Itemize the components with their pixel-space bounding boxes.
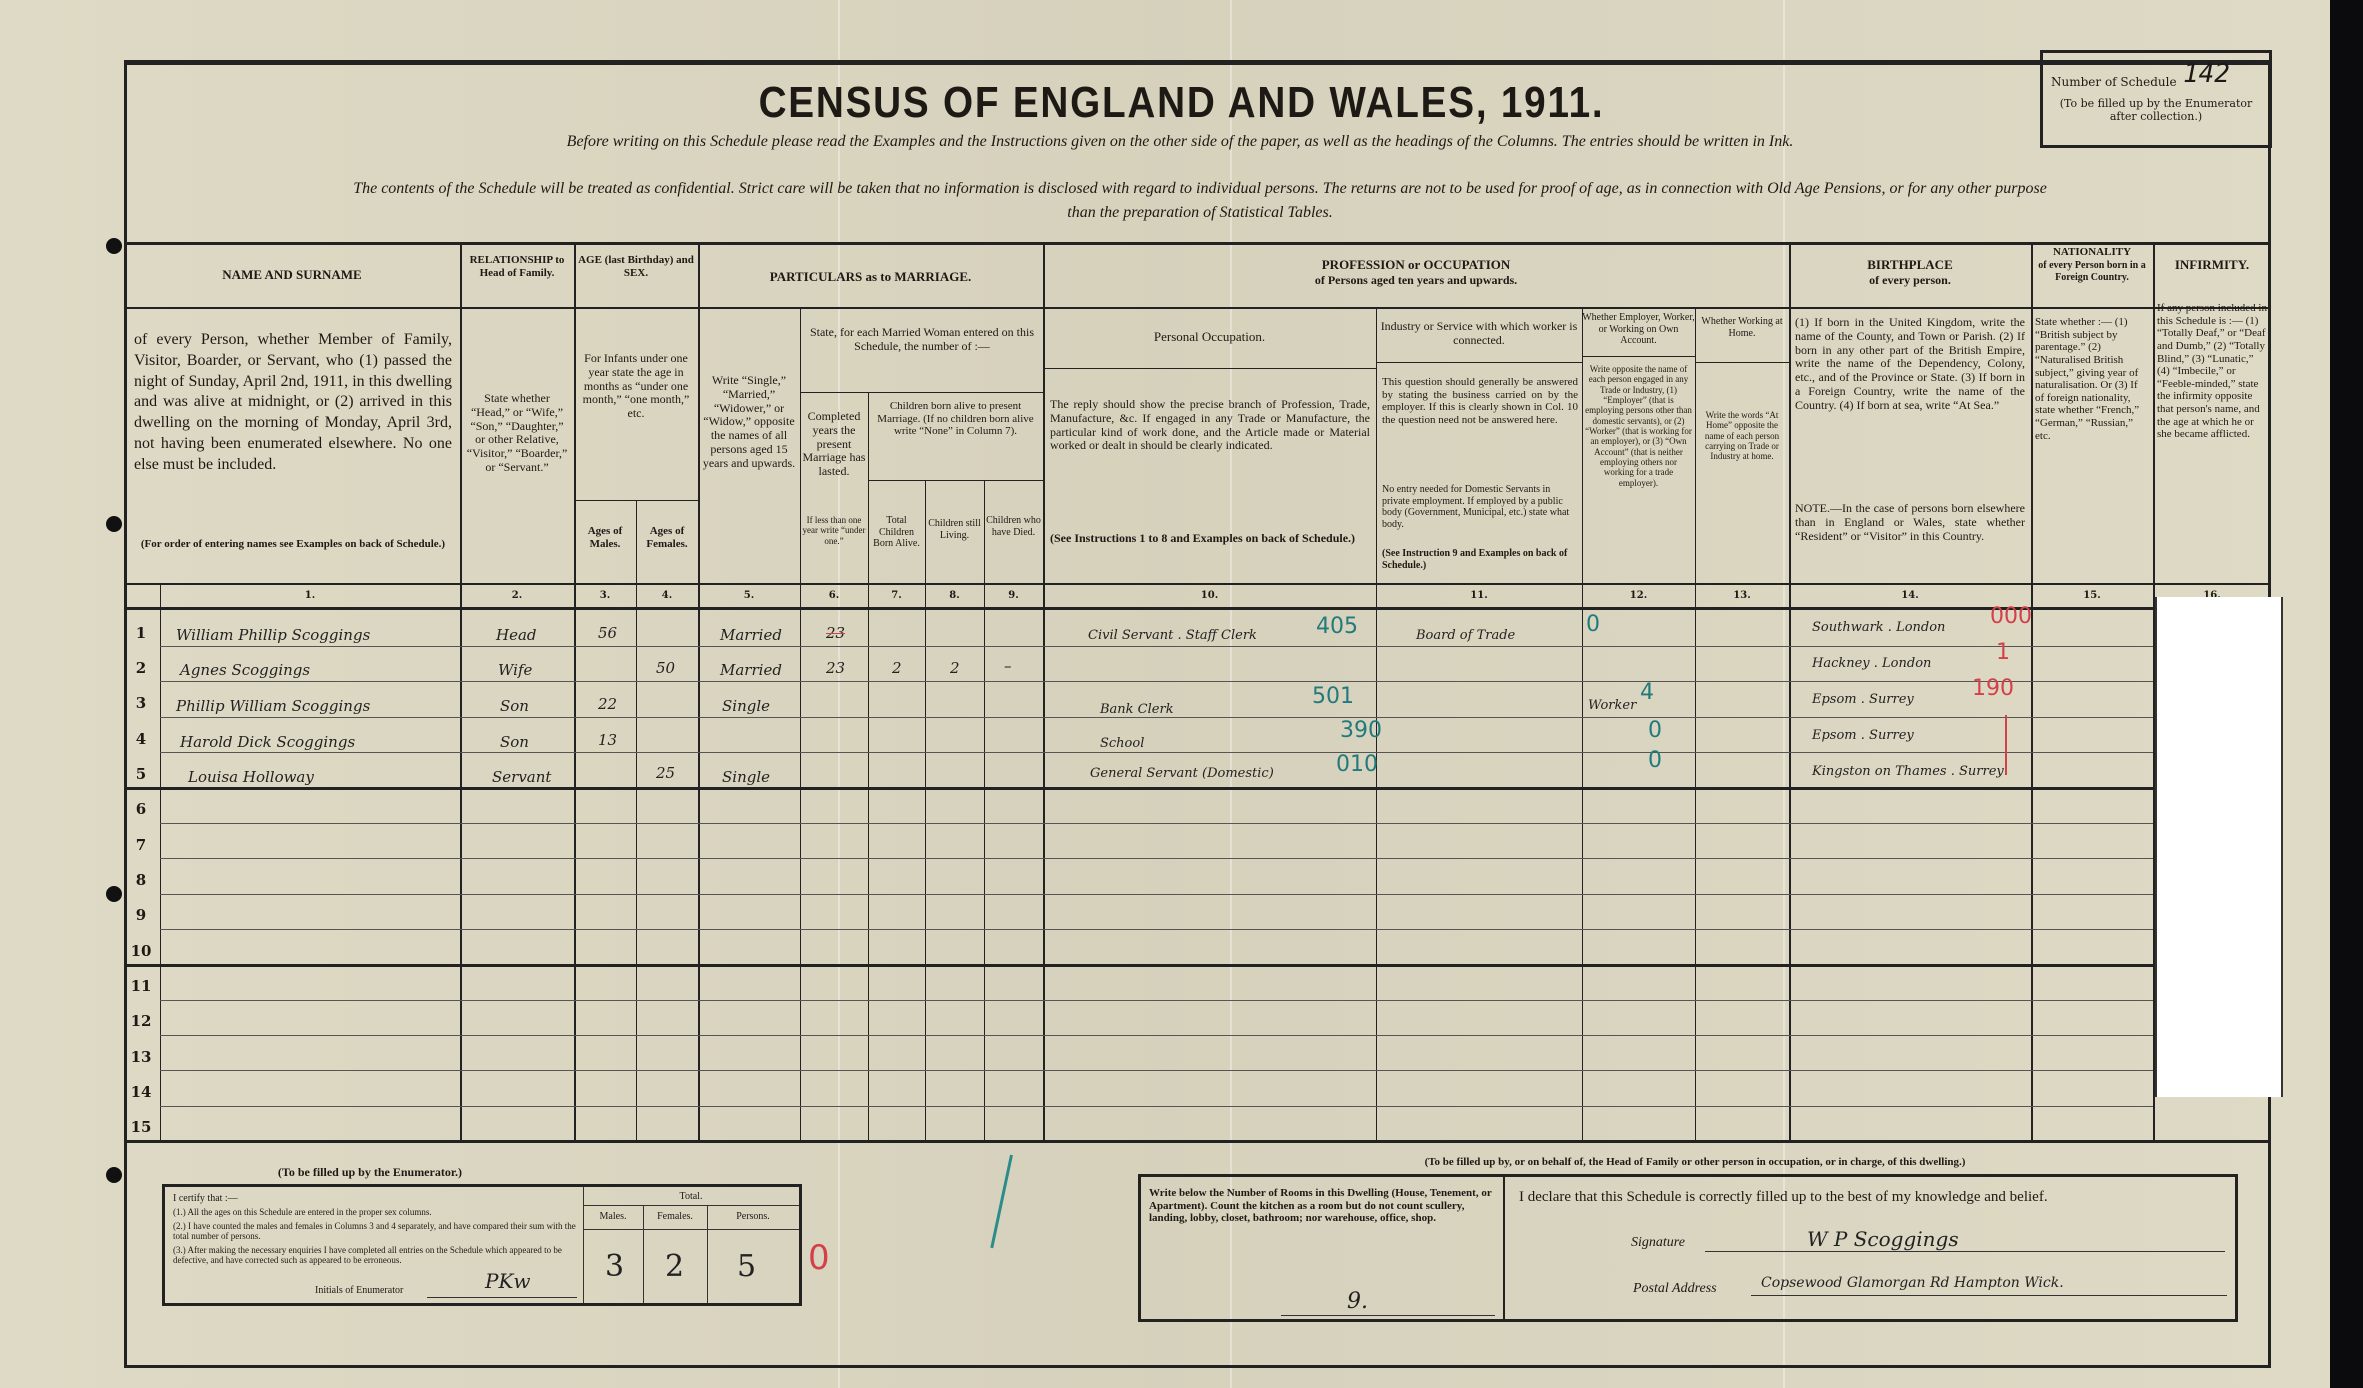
cell-age-male: 56 <box>598 624 617 642</box>
header-col8: Children still Living. <box>925 518 984 541</box>
cell-bp-code: 190 <box>1972 676 2014 701</box>
enumerator-box: I certify that :— (1.) All the ages on t… <box>162 1184 802 1306</box>
females-label: Females. <box>643 1211 707 1223</box>
header-col5: Write “Single,” “Married,” “Widower,” or… <box>700 374 798 471</box>
cell-relationship: Son <box>500 697 529 715</box>
header-marriage: PARTICULARS as to MARRIAGE. <box>698 270 1043 285</box>
cell-occupation: Civil Servant . Staff Clerk <box>1088 628 1257 643</box>
cell-bp-code: 1 <box>1996 640 2010 665</box>
cell-occupation: Bank Clerk <box>1100 702 1174 717</box>
cell-age-male: 13 <box>598 731 617 749</box>
col-divider <box>984 480 985 1140</box>
header-age-males: Ages of Males. <box>574 525 636 550</box>
col-divider <box>460 242 462 1140</box>
row-rule <box>160 752 2153 753</box>
header-name-body: of every Person, whether Member of Famil… <box>134 330 452 476</box>
schedule-number-label: Number of Schedule <box>2051 75 2177 89</box>
address-label: Postal Address <box>1633 1281 1763 1297</box>
cell-bp-code: 000 <box>1990 604 2032 629</box>
cell-birthplace: Epsom . Surrey <box>1812 728 1914 743</box>
row-number: 12 <box>124 1012 158 1030</box>
punch-hole <box>106 238 122 254</box>
row-number: 10 <box>124 942 158 960</box>
header-col6-note: If less than one year write “under one.” <box>800 515 868 546</box>
row-number: 13 <box>124 1048 158 1066</box>
col-divider <box>925 480 926 1140</box>
colnum-rule <box>124 607 2271 610</box>
children-subrule <box>868 480 1043 481</box>
column-number: 10. <box>1043 590 1376 601</box>
col-divider <box>868 392 869 1140</box>
redacted-infirmity-column <box>2155 597 2283 1097</box>
address-rule <box>1751 1295 2227 1296</box>
red-tally-mark <box>2005 715 2007 775</box>
header-col9: Children who have Died. <box>984 515 1043 538</box>
total-males: 3 <box>605 1249 624 1284</box>
schedule-number-value: 142 <box>2183 59 2230 89</box>
marriage-subrule <box>800 392 1043 393</box>
header-col13: Whether Working at Home. <box>1695 316 1789 339</box>
col-divider <box>1043 242 1045 1140</box>
instruction-line: Before writing on this Schedule please r… <box>330 133 2030 151</box>
header-col12: Whether Employer, Worker, or Working on … <box>1582 312 1695 347</box>
schedule-number-note: (To be filled up by the Enumerator after… <box>2049 97 2263 123</box>
header-col12-body: Write opposite the name of each person e… <box>1584 364 1693 488</box>
cell-years-married: 23 <box>826 624 845 642</box>
header-nationality-body: State whether :— (1) “British subject by… <box>2035 316 2149 442</box>
emp-subrule <box>1582 356 1695 357</box>
census-schedule-page: CENSUS OF ENGLAND AND WALES, 1911. Befor… <box>0 0 2330 1388</box>
header-infirmity-body: If any person included in this Schedule … <box>2157 302 2267 441</box>
certify-item-2: (2.) I have counted the males and female… <box>173 1221 583 1242</box>
row-rule <box>160 1106 2153 1107</box>
header-col7: Total Children Born Alive. <box>868 515 925 550</box>
row-rule <box>160 717 2153 718</box>
table-top-rule <box>124 242 2271 245</box>
col-divider <box>2031 242 2033 1140</box>
head-divider <box>1503 1177 1505 1319</box>
header-nationality: NATIONALITY <box>2031 246 2153 259</box>
cell-occ-code: 501 <box>1312 684 1354 709</box>
header-married-woman: State, for each Married Woman entered on… <box>804 326 1040 354</box>
row-number: 15 <box>124 1118 158 1136</box>
header-birthplace-note: NOTE.—In the case of persons born elsewh… <box>1795 502 2025 543</box>
punch-hole <box>106 1167 122 1183</box>
certify-label: I certify that :— <box>173 1193 573 1205</box>
head-section-heading: (To be filled up by, or on behalf of, th… <box>1230 1156 2160 1169</box>
row-number: 5 <box>124 765 158 783</box>
row-number: 6 <box>124 800 158 818</box>
cell-age-male: 22 <box>598 695 617 713</box>
row-number: 9 <box>124 906 158 924</box>
punch-hole <box>106 886 122 902</box>
red-check-mark: 0 <box>808 1238 830 1278</box>
males-label: Males. <box>583 1211 643 1223</box>
header-col13-body: Write the words “At Home” opposite the n… <box>1697 410 1787 462</box>
row-number-divider <box>160 585 161 1140</box>
header-nationality-sub: of every Person born in a Foreign Countr… <box>2031 260 2153 283</box>
schedule-number-box: Number of Schedule 142 (To be filled up … <box>2040 50 2272 148</box>
header-relationship: RELATIONSHIP to Head of Family. <box>460 254 574 279</box>
header-occupation-sub: of Persons aged ten years and upwards. <box>1043 274 1789 288</box>
cell-emp-code: 4 <box>1640 680 1654 705</box>
cell-relationship: Servant <box>492 768 551 786</box>
header-age-body: For Infants under one year state the age… <box>576 352 696 421</box>
column-number: 6. <box>800 590 868 601</box>
column-number: 2. <box>460 590 574 601</box>
totals-divider <box>643 1205 644 1303</box>
total-persons: 5 <box>737 1249 756 1284</box>
row-rule <box>160 681 2153 682</box>
header-bottom-rule <box>124 583 2271 585</box>
column-number: 8. <box>925 590 984 601</box>
cell-relationship: Wife <box>498 661 532 679</box>
cell-name: Phillip William Scoggings <box>176 697 370 715</box>
cell-name: Agnes Scoggings <box>180 661 310 679</box>
row-number: 11 <box>124 977 158 995</box>
column-number: 7. <box>868 590 925 601</box>
row-rule <box>160 1070 2153 1071</box>
row-rule <box>160 646 2153 647</box>
cell-marital: Single <box>722 697 770 715</box>
header-col10-note: (See Instructions 1 to 8 and Examples on… <box>1050 532 1370 546</box>
cell-ind-code: 0 <box>1586 612 1600 637</box>
cell-relationship: Son <box>500 733 529 751</box>
row-number: 2 <box>124 659 158 677</box>
persons-label: Persons. <box>707 1211 799 1223</box>
cell-emp-code: 0 <box>1648 718 1662 743</box>
col-divider <box>1695 309 1696 1140</box>
cell-age-female: 50 <box>656 659 675 677</box>
cell-birthplace: Hackney . London <box>1812 656 1931 671</box>
cell-occupation: School <box>1100 736 1144 751</box>
signature-value: W P Scoggings <box>1807 1227 1959 1251</box>
row-number: 3 <box>124 694 158 712</box>
header-birthplace-body: (1) If born in the United Kingdom, write… <box>1795 316 2025 413</box>
cell-children-living: 2 <box>950 659 960 677</box>
header-age-females: Ages of Females. <box>636 525 698 550</box>
totals-rule <box>583 1229 799 1230</box>
cell-marital: Married <box>720 626 782 644</box>
cell-occ-code: 390 <box>1340 718 1382 743</box>
header-col11-body: This question should generally be answer… <box>1382 376 1578 427</box>
row-rule <box>160 858 2153 859</box>
header-birthplace-sub: of every person. <box>1789 274 2031 288</box>
cell-relationship: Head <box>496 626 537 644</box>
cell-marital: Single <box>722 768 770 786</box>
cell-occupation: General Servant (Domestic) <box>1090 766 1274 781</box>
rooms-value: 9. <box>1347 1289 1368 1314</box>
certify-item-1: (1.) All the ages on this Schedule are e… <box>173 1207 583 1217</box>
column-number: 9. <box>984 590 1043 601</box>
enumerator-heading: (To be filled up by the Enumerator.) <box>160 1166 580 1180</box>
header-col11-note: (See Instruction 9 and Examples on back … <box>1382 548 1578 571</box>
header-col10: Personal Occupation. <box>1043 330 1376 345</box>
address-value: Copsewood Glamorgan Rd Hampton Wick. <box>1761 1275 2064 1291</box>
column-number: 1. <box>160 590 460 601</box>
cell-age-female: 25 <box>656 764 675 782</box>
total-females: 2 <box>665 1249 684 1284</box>
occ-subrule <box>1043 368 1376 369</box>
column-number: 15. <box>2031 590 2153 601</box>
signature-label: Signature <box>1631 1235 1751 1251</box>
header-relationship-body: State whether “Head,” or “Wife,” “Son,” … <box>464 392 570 475</box>
header-col6: Completed years the present Marriage has… <box>800 410 868 479</box>
row-number: 4 <box>124 730 158 748</box>
confidential-line-2: than the preparation of Statistical Tabl… <box>145 204 2255 222</box>
header-col10-body: The reply should show the precise branch… <box>1050 398 1370 453</box>
confidential-line: The contents of the Schedule will be tre… <box>145 180 2255 198</box>
row-rule <box>160 1000 2153 1001</box>
header-age: AGE (last Birthday) and SEX. <box>574 254 698 279</box>
row-rule <box>124 787 2153 790</box>
ind-subrule <box>1376 362 1582 363</box>
column-number: 11. <box>1376 590 1582 601</box>
row-number: 8 <box>124 871 158 889</box>
row-rule <box>124 964 2153 967</box>
cell-children-died: – <box>1004 657 1012 675</box>
header-rule <box>124 307 2271 309</box>
rooms-instruction: Write below the Number of Rooms in this … <box>1149 1187 1499 1225</box>
signature-rule <box>1705 1251 2225 1252</box>
initials-value: PKw <box>485 1269 531 1293</box>
cell-occ-code: 010 <box>1336 752 1378 777</box>
column-number: 14. <box>1789 590 2031 601</box>
cell-marital: Married <box>720 661 782 679</box>
col-divider <box>1582 309 1583 1140</box>
cell-children-total: 2 <box>892 659 902 677</box>
header-col11-body2: No entry needed for Domestic Servants in… <box>1382 484 1578 530</box>
column-number: 12. <box>1582 590 1695 601</box>
cell-name: Louisa Holloway <box>188 768 314 786</box>
cell-name: Harold Dick Scoggings <box>180 733 355 751</box>
col-divider <box>1789 242 1791 1140</box>
cell-occ-code: 405 <box>1316 614 1358 639</box>
column-number: 3. <box>574 590 636 601</box>
page-title: CENSUS OF ENGLAND AND WALES, 1911. <box>142 78 2221 128</box>
age-subrule <box>574 500 698 501</box>
punch-hole <box>106 516 122 532</box>
row-number: 7 <box>124 836 158 854</box>
initials-rule <box>427 1297 577 1298</box>
column-number: 5. <box>698 590 800 601</box>
certify-item-3: (3.) After making the necessary enquirie… <box>173 1245 583 1266</box>
total-label: Total. <box>583 1191 799 1203</box>
row-rule <box>160 929 2153 930</box>
table-bottom-rule <box>124 1140 2271 1143</box>
home-subrule <box>1695 362 1789 363</box>
cell-emp-code: 0 <box>1648 748 1662 773</box>
header-children: Children born alive to present Marriage.… <box>870 400 1041 438</box>
head-section-box: Write below the Number of Rooms in this … <box>1138 1174 2238 1322</box>
totals-rule <box>583 1205 799 1206</box>
cell-industry: Board of Trade <box>1416 628 1515 643</box>
row-rule <box>160 823 2153 824</box>
row-number: 1 <box>124 624 158 642</box>
column-number: 13. <box>1695 590 1789 601</box>
cell-birthplace: Southwark . London <box>1812 620 1945 635</box>
initials-label: Initials of Enumerator <box>315 1285 435 1297</box>
header-infirmity: INFIRMITY. <box>2153 258 2271 273</box>
header-col11: Industry or Service with which worker is… <box>1378 320 1580 348</box>
row-rule <box>160 1035 2153 1036</box>
cell-employment: Worker <box>1588 698 1636 713</box>
header-name-note: (For order of entering names see Example… <box>130 538 456 551</box>
rooms-rule <box>1281 1315 1495 1316</box>
header-occupation: PROFESSION or OCCUPATION <box>1043 258 1789 273</box>
totals-divider <box>707 1205 708 1303</box>
column-number: 4. <box>636 590 698 601</box>
cell-years-married: 23 <box>826 659 845 677</box>
row-rule <box>160 894 2153 895</box>
header-name: NAME AND SURNAME <box>124 268 460 283</box>
cell-name: William Phillip Scoggings <box>176 626 370 644</box>
row-number: 14 <box>124 1083 158 1101</box>
declaration-text: I declare that this Schedule is correctl… <box>1519 1189 2219 1206</box>
cell-birthplace: Epsom . Surrey <box>1812 692 1914 707</box>
header-birthplace: BIRTHPLACE <box>1789 258 2031 273</box>
cell-birthplace: Kingston on Thames . Surrey <box>1812 764 2004 779</box>
